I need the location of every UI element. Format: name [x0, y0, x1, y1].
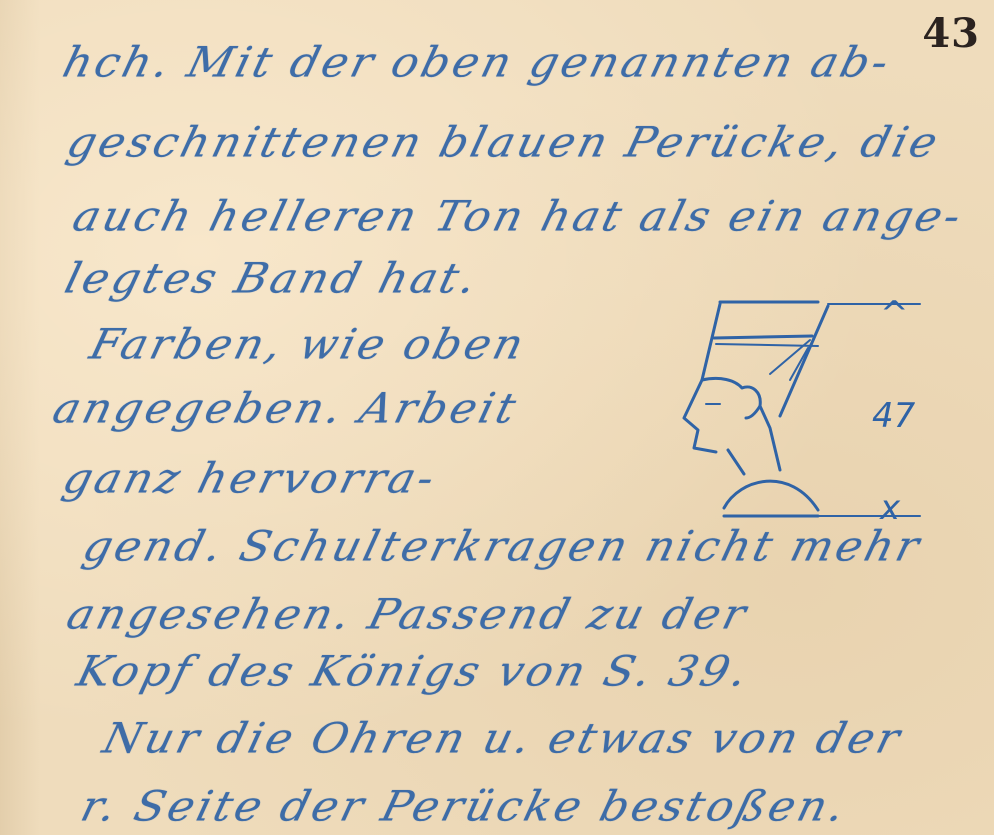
- text-line-6: angegeben. Arbeit: [48, 385, 523, 433]
- text-line-8: gend. Schulterkragen nicht mehr: [78, 523, 927, 571]
- text-line-9: angesehen. Passend zu der: [62, 591, 753, 639]
- text-line-3: auch helleren Ton hat als ein ange-: [68, 193, 969, 241]
- bust-sketch-drawing: [670, 288, 970, 528]
- sketch-label-x: x: [880, 488, 900, 528]
- page-number: 43: [922, 10, 980, 57]
- notebook-page: 43 hch. Mit der oben genannten ab- gesch…: [0, 0, 994, 835]
- text-line-12: r. Seite der Perücke bestoßen.: [76, 783, 853, 831]
- text-line-5: Farben, wie oben: [85, 321, 531, 369]
- text-line-7: ganz hervorra-: [58, 455, 442, 503]
- sketch-label-number: 47: [872, 396, 915, 436]
- text-line-11: Nur die Ohren u. etwas von der: [98, 715, 907, 763]
- text-line-1: hch. Mit der oben genannten ab-: [58, 39, 896, 87]
- text-line-4: legtes Band hat.: [60, 255, 484, 303]
- text-line-10: Kopf des Königs von S. 39.: [72, 648, 755, 696]
- sketch-label-caret: ^: [880, 294, 909, 334]
- text-line-2: geschnittenen blauen Perücke, die: [62, 119, 945, 167]
